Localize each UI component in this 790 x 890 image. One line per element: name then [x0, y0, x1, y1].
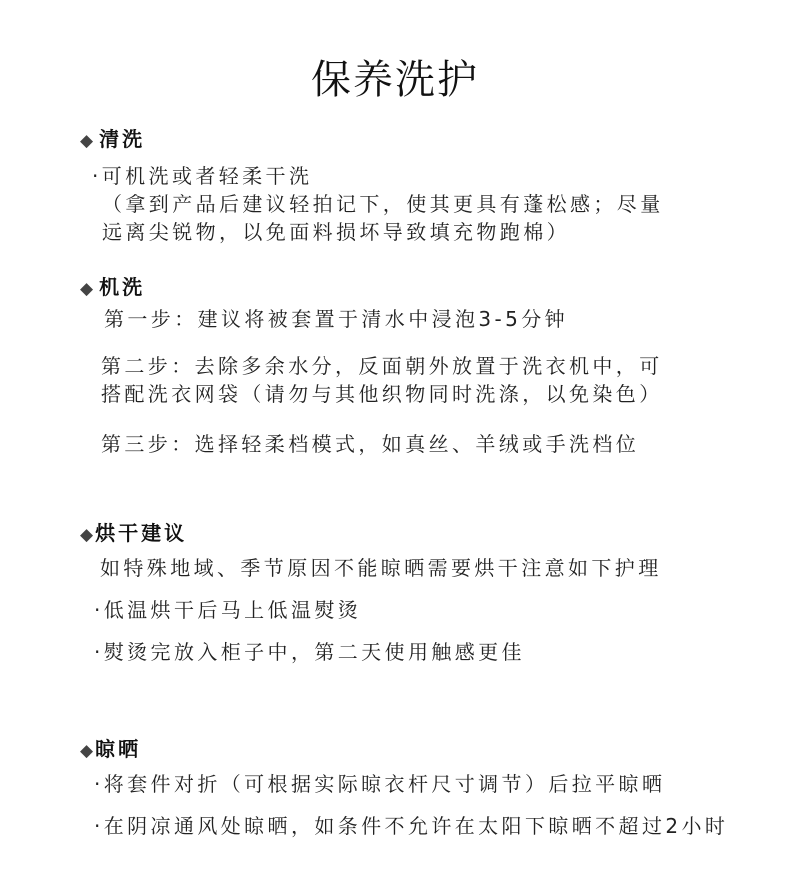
page-title: 保养洗护 — [0, 52, 790, 108]
text-line: ·将套件对折（可根据实际晾衣杆尺寸调节）后拉平晾晒 — [94, 770, 665, 798]
text-line: 第一步：建议将被套置于清水中浸泡3-5分钟 — [104, 305, 568, 333]
text-line: （拿到产品后建议轻拍记下，使其更具有蓬松感；尽量 — [102, 190, 664, 218]
diamond-icon: ◆ — [80, 525, 93, 545]
text-line: 远离尖锐物，以免面料损坏导致填充物跑棉） — [102, 218, 570, 246]
section-heading-machine-wash: ◆机洗 — [80, 274, 145, 302]
text-line: ·熨烫完放入柜子中，第二天使用触感更佳 — [94, 638, 525, 666]
diamond-icon: ◆ — [80, 279, 93, 299]
section-heading-air-dry: ◆晾晒 — [80, 736, 141, 764]
text-line: 第二步：去除多余水分，反面朝外放置于洗衣机中，可 — [101, 352, 663, 380]
heading-label: 烘干建议 — [95, 521, 187, 545]
diamond-icon: ◆ — [80, 131, 93, 151]
text-line: 搭配洗衣网袋（请勿与其他织物同时洗涤，以免染色） — [101, 380, 663, 408]
heading-label: 清洗 — [99, 127, 145, 151]
section-heading-drying: ◆烘干建议 — [80, 520, 187, 548]
text-line: ·低温烘干后马上低温熨烫 — [94, 596, 361, 624]
diamond-icon: ◆ — [80, 741, 93, 761]
heading-label: 晾晒 — [95, 737, 141, 761]
text-line: ·可机洗或者轻柔干洗 — [92, 162, 312, 190]
section-heading-cleaning: ◆清洗 — [80, 126, 145, 154]
text-line: 第三步：选择轻柔档模式，如真丝、羊绒或手洗档位 — [101, 430, 639, 458]
text-line: ·在阴凉通风处晾晒，如条件不允许在太阳下晾晒不超过2小时 — [94, 812, 728, 840]
text-line: 如特殊地域、季节原因不能晾晒需要烘干注意如下护理 — [100, 554, 662, 582]
heading-label: 机洗 — [99, 275, 145, 299]
